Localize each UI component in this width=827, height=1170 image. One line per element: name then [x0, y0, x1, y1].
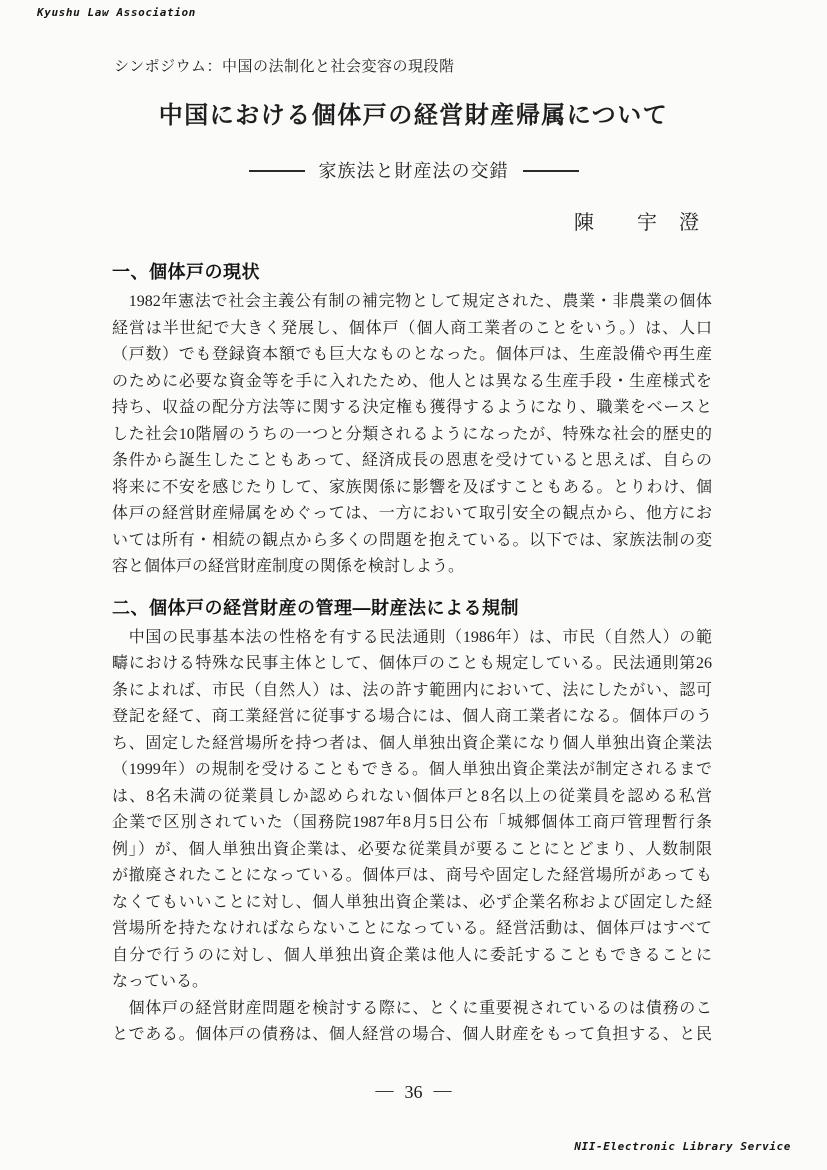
- text-line: （1999年）の規制を受けることもできる。個人単独出資企業法が制定されるまで: [112, 757, 712, 784]
- subtitle-text: 家族法と財産法の交錯: [319, 161, 509, 181]
- paragraph: 1982年憲法で社会主義公有制の補完物として規定された、農業・非農業の個体経営は…: [112, 289, 712, 581]
- article-body: 一、個体戸の現状 1982年憲法で社会主義公有制の補完物として規定された、農業・…: [112, 259, 712, 1049]
- text-line: した社会10階層のうちの一つと分類されるようになったが、特殊な社会的歴史的: [112, 422, 712, 449]
- text-line: 企業で区別されていた（国務院1987年8月5日公布「城郷個体工商戸管理暫行条: [112, 810, 712, 837]
- text-line: が撤廃されたことになっている。個体戸は、商号や固定した経営場所があっても: [112, 863, 712, 890]
- section-1: 一、個体戸の現状 1982年憲法で社会主義公有制の補完物として規定された、農業・…: [112, 259, 712, 581]
- section-heading: 二、個体戸の経営財産の管理―財産法による規制: [112, 595, 712, 622]
- text-line: 将来に不安を感じたりして、家族関係に影響を及ぼすこともある。とりわけ、個: [112, 475, 712, 502]
- text-line: 中国の民事基本法の性格を有する民法通則（1986年）は、市民（自然人）の範: [112, 625, 712, 652]
- page-number-dash-right: ―: [434, 1080, 452, 1100]
- text-line: 自分で行うのに対し、個人単独出資企業は他人に委託することもできることに: [112, 943, 712, 970]
- text-line: 例」）が、個人単独出資企業は、必要な従業員が要ることにとどまり、人数制限: [112, 837, 712, 864]
- article-subtitle: 家族法と財産法の交錯: [0, 157, 827, 183]
- section-2: 二、個体戸の経営財産の管理―財産法による規制 中国の民事基本法の性格を有する民法…: [112, 595, 712, 1049]
- article-title: 中国における個体戸の経営財産帰属について: [0, 95, 827, 130]
- text-line: 持ち、収益の配分方法等に関する決定権も獲得するようになり、職業をベースと: [112, 395, 712, 422]
- text-line: とである。個体戸の債務は、個人経営の場合、個人財産をもって負担する、と民: [112, 1022, 712, 1049]
- author-name: 陳 宇 澄: [574, 206, 700, 235]
- page-number-value: 36: [405, 1082, 423, 1102]
- text-line: 容と個体戸の経営財産制度の関係を検討しよう。: [112, 554, 712, 581]
- page-number: ―36―: [0, 1082, 827, 1103]
- text-line: 1982年憲法で社会主義公有制の補完物として規定された、農業・非農業の個体: [112, 289, 712, 316]
- text-line: （戸数）でも登録資本額でも巨大なものとなった。個体戸は、生産設備や再生産: [112, 342, 712, 369]
- paragraph: 中国の民事基本法の性格を有する民法通則（1986年）は、市民（自然人）の範疇にお…: [112, 625, 712, 996]
- symposium-series-label: シンポジウム：中国の法制化と社会変容の現段階: [114, 55, 454, 76]
- text-line: なくてもいいことに対し、個人単独出資企業は、必ず企業名称および固定した経: [112, 890, 712, 917]
- text-line: のために必要な資金等を手に入れたため、他人とは異なる生産手段・生産様式を: [112, 369, 712, 396]
- subtitle-dash-left-rule: [249, 170, 305, 172]
- text-line: なっている。: [112, 969, 712, 996]
- text-line: 営場所を持たなければならないことになっている。経営活動は、個体戸はすべて: [112, 916, 712, 943]
- section-heading: 一、個体戸の現状: [112, 259, 712, 286]
- text-line: 条によれば、市民（自然人）は、法の許す範囲内において、法にしたがい、認可: [112, 678, 712, 705]
- text-line: 疇における特殊な民事主体として、個体戸のことも規定している。民法通則第26: [112, 651, 712, 678]
- document-page: Kyushu Law Association シンポジウム：中国の法制化と社会変…: [0, 0, 827, 1170]
- text-line: 登記を経て、商工業経営に従事する場合には、個人商工業者になる。個体戸のう: [112, 704, 712, 731]
- page-number-dash-left: ―: [376, 1080, 394, 1100]
- text-line: ち、固定した経営場所を持つ者は、個人単独出資企業になり個人単独出資企業法: [112, 731, 712, 758]
- library-footer: NII-Electronic Library Service: [574, 1140, 791, 1153]
- library-header: Kyushu Law Association: [37, 6, 196, 19]
- text-line: 個体戸の経営財産問題を検討する際に、とくに重要視されているのは債務のこ: [112, 996, 712, 1023]
- text-line: 経営は半世紀で大きく発展し、個体戸（個人商工業者のことをいう。）は、人口: [112, 316, 712, 343]
- text-line: 体戸の経営財産帰属をめぐっては、一方において取引安全の観点から、他方にお: [112, 501, 712, 528]
- text-line: いては所有・相続の観点から多くの問題を抱えている。以下では、家族法制の変: [112, 528, 712, 555]
- text-line: 条件から誕生したこともあって、経済成長の恩恵を受けていると思えば、自らの: [112, 448, 712, 475]
- paragraph: 個体戸の経営財産問題を検討する際に、とくに重要視されているのは債務のことである。…: [112, 996, 712, 1049]
- subtitle-dash-right-rule: [523, 170, 579, 172]
- text-line: は、8名未満の従業員しか認められない個体戸と8名以上の従業員を認める私営: [112, 784, 712, 811]
